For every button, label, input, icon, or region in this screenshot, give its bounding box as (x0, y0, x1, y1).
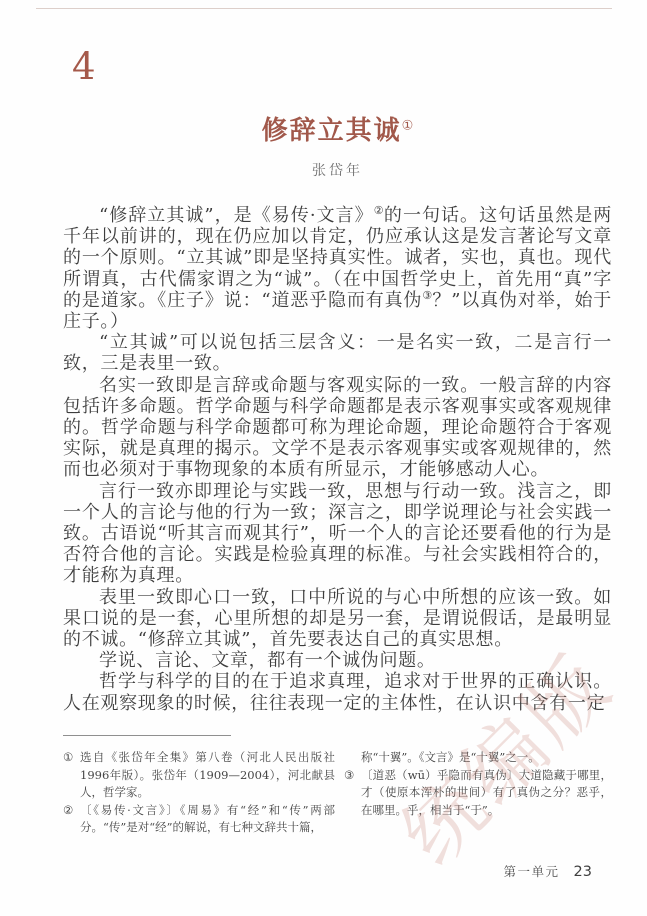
footnote-ref: ③ (422, 289, 432, 302)
footnote-text: 〔《易传·文言》〕《周易》有“经”和“传”两部分。“传”是对“经”的解说，有七种… (80, 802, 335, 837)
body-paragraph: 学说、言论、文章，都有一个诚伪问题。 (63, 650, 612, 671)
footnote-text: 选自《张岱年全集》第八卷（河北人民出版社1996年版）。张岱年（1909—200… (80, 749, 335, 802)
body-paragraph: 表里一致即心口一致，口中所说的与心中所想的应该一致。如果口说的是一套，心里所想的… (63, 587, 612, 651)
footnote-ref: ② (374, 204, 384, 217)
footnote-item: ①选自《张岱年全集》第八卷（河北人民出版社1996年版）。张岱年（1909—20… (63, 749, 335, 802)
footnote-marker (344, 749, 361, 767)
footnote-separator (63, 735, 231, 736)
top-rule (36, 8, 612, 9)
footnote-item: ②〔《易传·文言》〕《周易》有“经”和“传”两部分。“传”是对“经”的解说，有七… (63, 802, 335, 837)
lesson-title: 修辞立其诚① (63, 110, 612, 147)
footnote-item: 称“十翼”。《文言》是“十翼”之一。 (344, 749, 612, 767)
footnote-text: 〔道恶（wū）乎隐而有真伪〕大道隐藏于哪里，才（使原本浑朴的世间）有了真伪之分？… (361, 767, 612, 820)
footnote-marker: ① (63, 749, 80, 802)
footnote-marker: ② (63, 802, 80, 837)
footnotes-right: 称“十翼”。《文言》是“十翼”之一。③〔道恶（wū）乎隐而有真伪〕大道隐藏于哪里… (344, 749, 612, 819)
title-footnote-ref: ① (402, 118, 414, 133)
footnote-item: ③〔道恶（wū）乎隐而有真伪〕大道隐藏于哪里，才（使原本浑朴的世间）有了真伪之分… (344, 767, 612, 820)
body-paragraph: 哲学与科学的目的在于追求真理，追求对于世界的正确认识。人在观察现象的时候，往往表… (63, 671, 612, 713)
author-name: 张岱年 (63, 160, 612, 180)
footnote-marker: ③ (344, 767, 361, 820)
page-number: 23 (574, 864, 592, 880)
unit-label: 第一单元 (504, 864, 560, 879)
lesson-number: 4 (72, 46, 96, 88)
footnote-text: 称“十翼”。《文言》是“十翼”之一。 (361, 749, 612, 767)
body-paragraph: “立其诚”可以说包括三层含义：一是名实一致，二是言行一致，三是表里一致。 (63, 332, 612, 374)
page-footer: 第一单元23 (63, 861, 592, 880)
body-paragraph: 言行一致亦即理论与实践一致，思想与行动一致。浅言之，即一个人的言论与他的行为一致… (63, 481, 612, 587)
footnotes-left: ①选自《张岱年全集》第八卷（河北人民出版社1996年版）。张岱年（1909—20… (63, 749, 335, 837)
body-paragraph: 名实一致即是言辞或命题与客观实际的一致。一般言辞的内容包括许多命题。哲学命题与科… (63, 375, 612, 481)
title-block: 修辞立其诚① (63, 110, 612, 147)
textbook-page: 4 修辞立其诚① 张岱年 “修辞立其诚”，是《易传·文言》②的一句话。这句话虽然… (0, 0, 647, 916)
body-paragraph: “修辞立其诚”，是《易传·文言》②的一句话。这句话虽然是两千年以前讲的，现在仍应… (63, 205, 612, 332)
body-text: “修辞立其诚”，是《易传·文言》②的一句话。这句话虽然是两千年以前讲的，现在仍应… (63, 205, 612, 714)
lesson-title-text: 修辞立其诚 (262, 116, 402, 146)
